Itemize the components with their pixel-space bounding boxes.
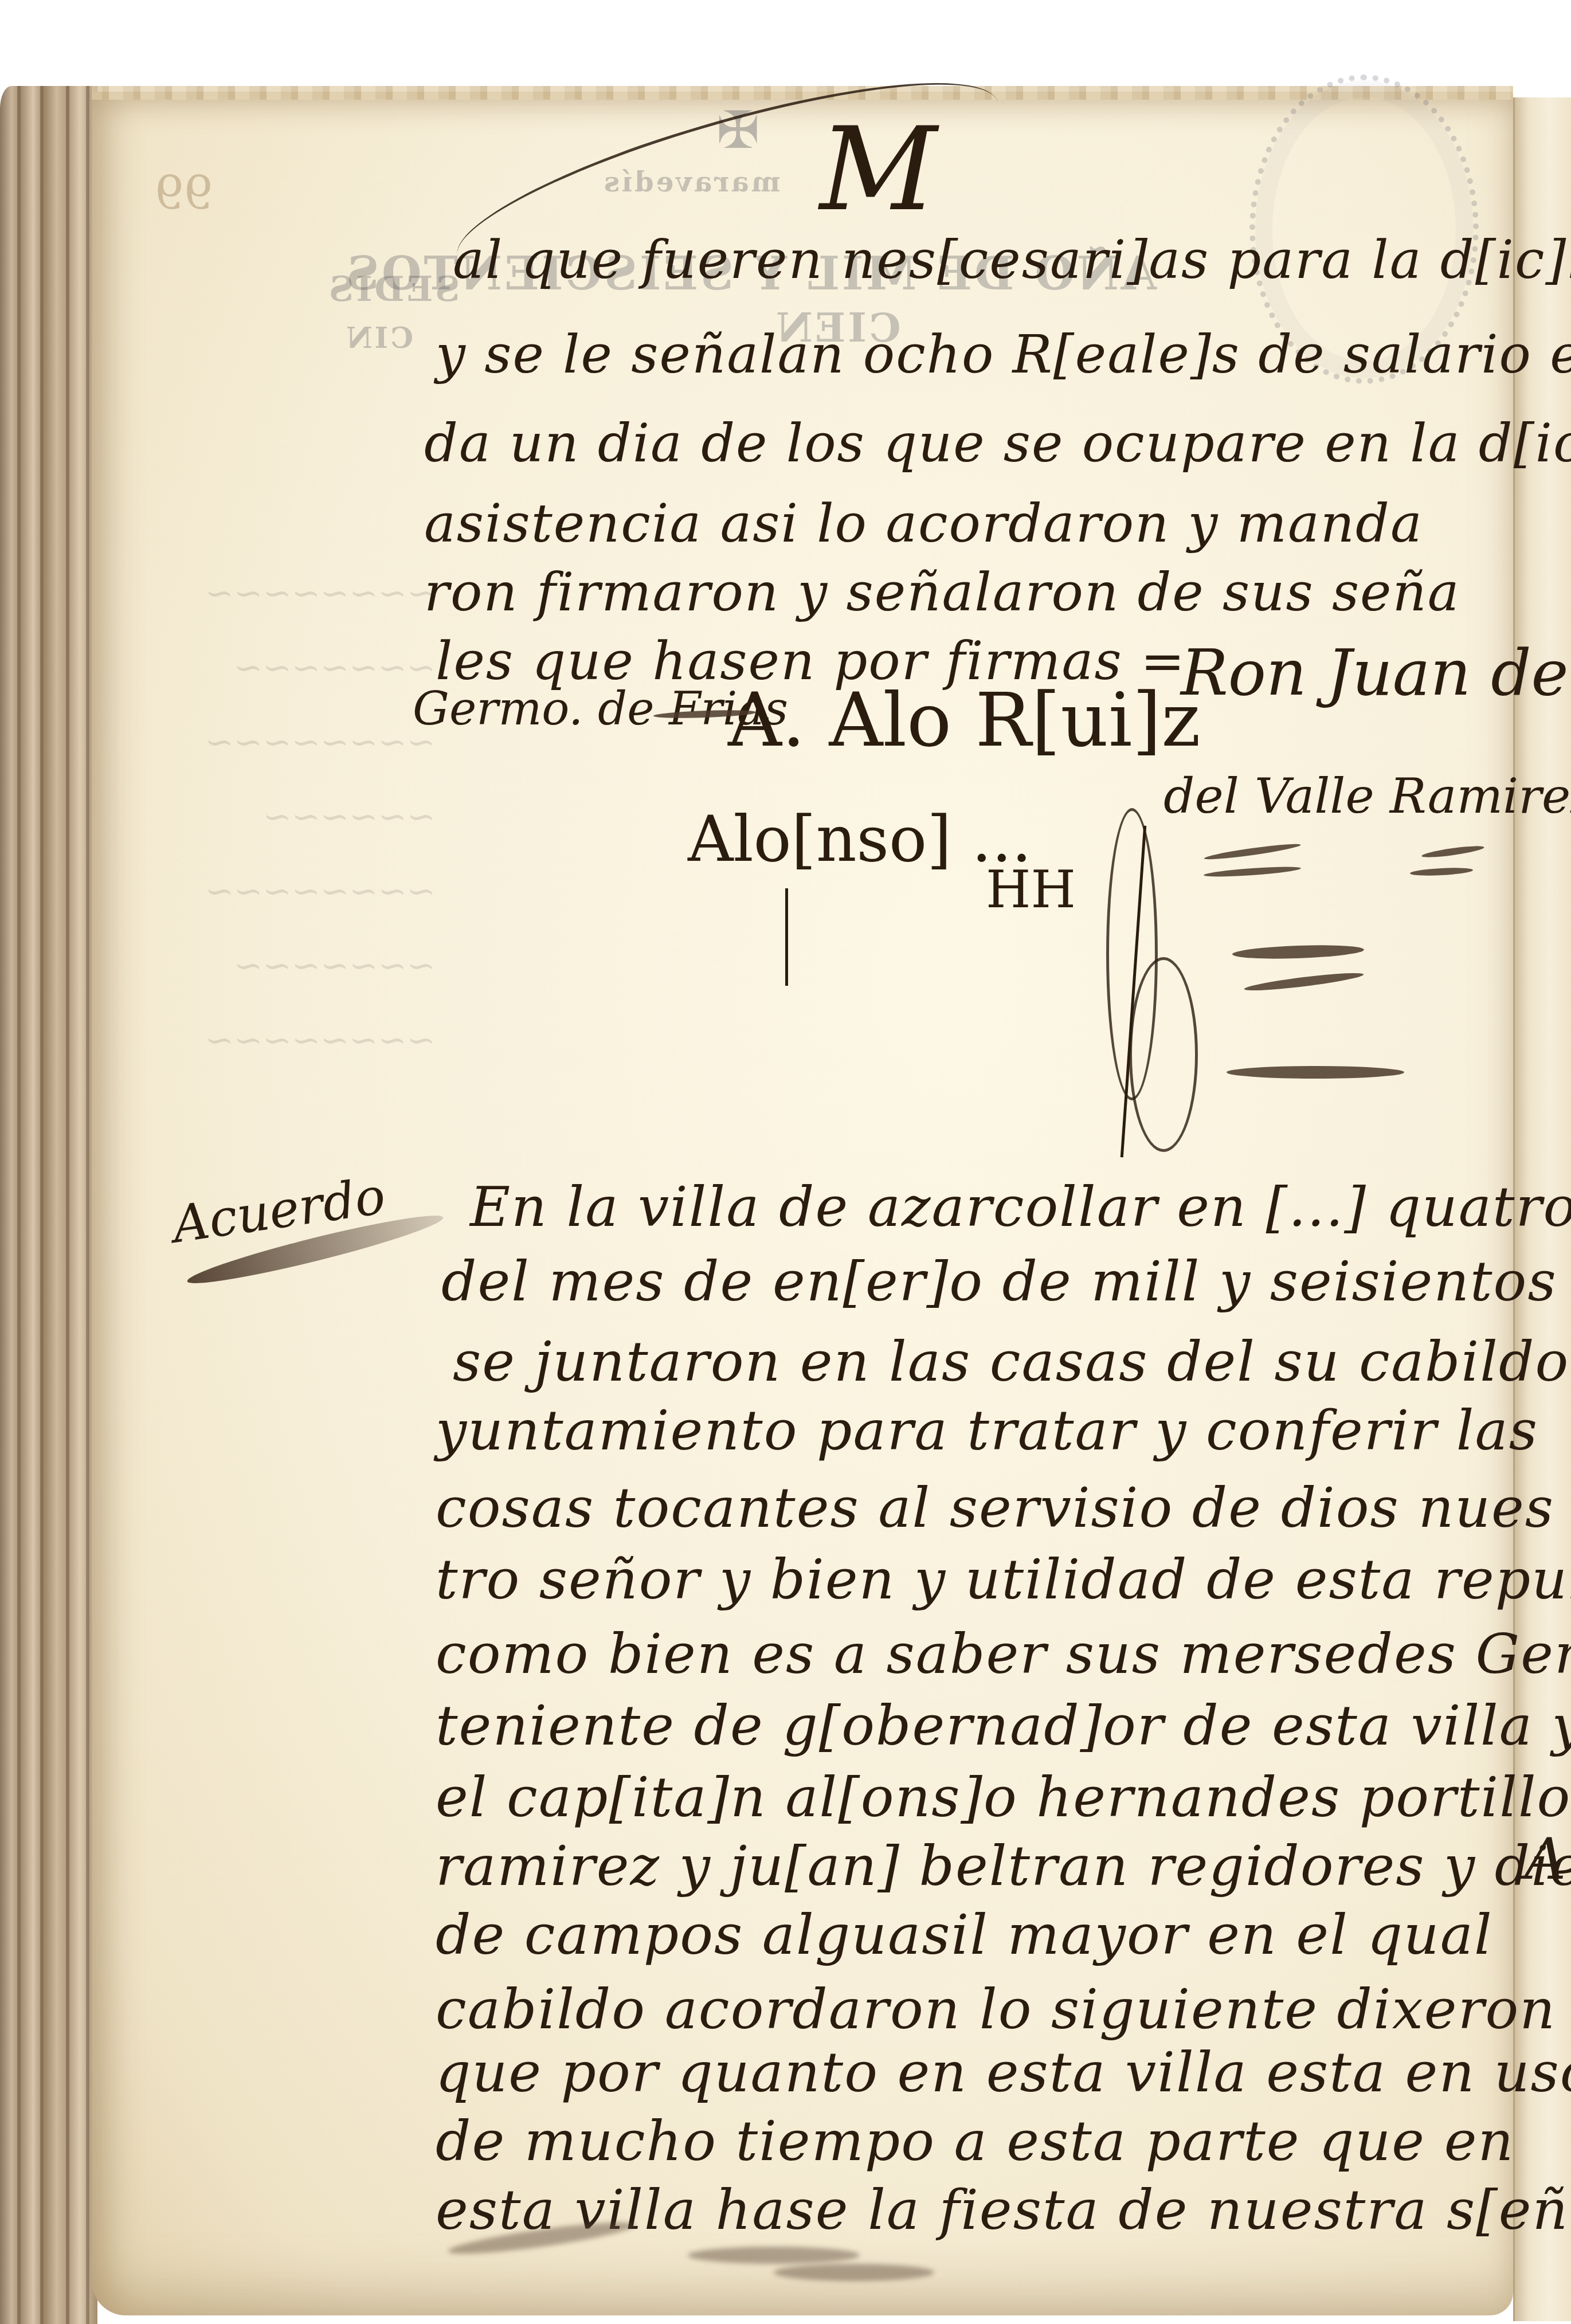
manuscript-line: y se le señalan ocho R[eale]s de salario…	[436, 324, 1571, 385]
page-edge-line	[40, 86, 44, 2324]
ghost-line: ~~~~~~~~	[149, 573, 436, 630]
manuscript-line: el cap[ita]n al[ons]o hernandes portillo…	[436, 1765, 1571, 1829]
manuscript-line: como bien es a saber sus mersedes Germo.…	[436, 1622, 1571, 1686]
manuscript-line: En la villa de azarcollar en [...] quatr…	[470, 1175, 1571, 1239]
bleed-through-stamp-fragment: SEDIS	[327, 269, 460, 309]
manuscript-line: que por quanto en esta villa esta en uso…	[436, 2040, 1571, 2104]
ghost-line: ~~~~~~~	[149, 648, 436, 705]
manuscript-line: ron firmaron y señalaron de sus seña	[424, 562, 1460, 623]
manuscript-line: de mucho tiempo a esta parte que en	[436, 2109, 1514, 2173]
signature-del-valle-ramirez: del Valle Ramirez	[1163, 768, 1571, 825]
page-edge-line	[86, 86, 89, 2324]
manuscript-line: cabildo acordaron lo siguiente dixeron	[436, 1977, 1556, 2041]
rubric-mark: M	[820, 103, 937, 237]
manuscript-line: se juntaron en las casas del su cabildo …	[453, 1330, 1571, 1394]
book-block-edge	[0, 86, 97, 2324]
ghost-line: ~~~~~~~~	[149, 722, 436, 779]
ghost-line: ~~~~~~~	[149, 946, 436, 1003]
manuscript-line: tro señor y bien y utilidad de esta repu…	[436, 1547, 1571, 1612]
manuscript-line: asistencia asi lo acordaron y manda	[424, 493, 1423, 554]
page-edge-line	[17, 86, 21, 2324]
manuscript-line: de campos alguasil mayor en el qual	[436, 1903, 1493, 1967]
signature-cross-stroke	[785, 888, 788, 986]
manuscript-line: cosas tocantes al servisio de dios nues	[436, 1476, 1554, 1540]
manuscript-line: teniente de g[obernad]or de esta villa y…	[436, 1694, 1571, 1758]
bleed-through-handwriting: ~~~~~~~~ ~~~~~~~ ~~~~~~~~ ~~~~~~ ~~~~~~~…	[149, 573, 436, 1095]
page-edge-line	[66, 86, 69, 2324]
signature-alonso-mark: Alo[nso] ...	[688, 802, 1032, 876]
ink-smudge	[774, 2264, 934, 2281]
manuscript-line: yuntamiento para tratar y conferir las	[436, 1398, 1538, 1463]
manuscript-line: del mes de en[er]o de mill y seisientos …	[441, 1249, 1571, 1314]
ghost-line: ~~~~~~~~	[149, 1020, 436, 1077]
bleed-through-stamp-fragment: CIN	[344, 321, 413, 355]
ink-smudge	[688, 2247, 860, 2264]
signature-flourish	[1227, 1066, 1404, 1079]
manuscript-line: da un dia de los que se ocupare en la d[…	[424, 413, 1571, 474]
bleed-through-folio-number: 99	[155, 166, 213, 220]
manuscript-line: al que fueren nes[cesari]as para la d[ic…	[453, 229, 1571, 291]
ghost-line: ~~~~~~	[149, 797, 436, 854]
signature-juan: Ron Juan de	[1181, 636, 1569, 710]
manuscript-line: ramirez y ju[an] beltran regidores y die…	[436, 1834, 1571, 1898]
signature-loop	[1129, 957, 1198, 1152]
page-top-edge	[92, 86, 1513, 100]
signature-mark-hh: HH	[986, 860, 1076, 920]
signature-alo-ruiz: A. Alo R[ui]z	[728, 676, 1201, 763]
ghost-line: ~~~~~~~~	[149, 871, 436, 928]
